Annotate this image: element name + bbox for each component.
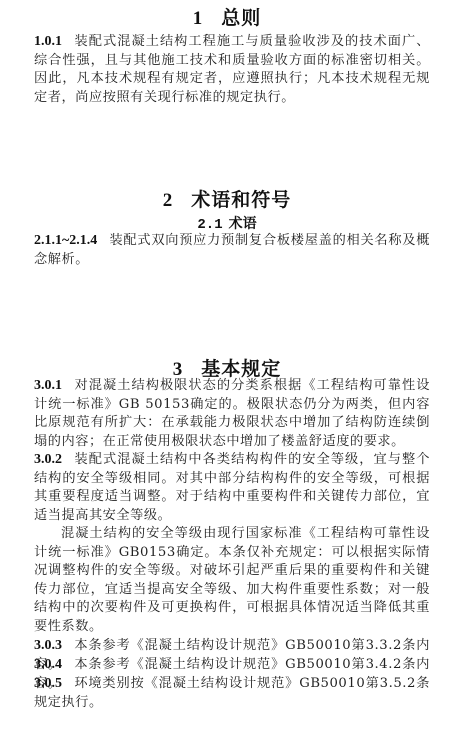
section-number: 2.1	[197, 217, 222, 233]
chapter-number: 2	[163, 190, 174, 211]
clause-paragraph: 3.0.2装配式混凝土结构中各类结构构件的安全等级，宜与整个结构的安全等级相同。…	[34, 451, 430, 525]
chapter-heading: 1总则	[0, 3, 454, 30]
section-heading: 2.1术语	[0, 213, 454, 233]
clause-number: 3.0.5	[34, 676, 62, 691]
section-title: 术语	[229, 216, 257, 232]
clause-paragraph: 3.0.1对混凝土结构极限状态的分类系根据《工程结构可靠性设计统一标准》GB 5…	[34, 377, 430, 451]
clause-number: 1.0.1	[34, 34, 62, 49]
clause-number: 3.0.1	[34, 378, 62, 393]
clause-number: 3.0.3	[34, 638, 62, 653]
clause-number: 3.0.4	[34, 657, 62, 672]
clause-text: 环境类别按《混凝土结构设计规范》GB50010第3.5.2条规定执行。	[34, 676, 430, 710]
clause-paragraph: 3.0.5环境类别按《混凝土结构设计规范》GB50010第3.5.2条规定执行。	[34, 675, 430, 712]
explanation-text: 混凝土结构的安全等级由现行国家标准《工程结构可靠性设计统一标准》GB0153确定…	[34, 526, 430, 634]
clause-paragraph: 2.1.1~2.1.4装配式双向预应力预制复合板楼屋盖的相关名称及概念解析。	[34, 232, 430, 269]
clause-number: 3.0.2	[34, 452, 62, 467]
clause-text: 对混凝土结构极限状态的分类系根据《工程结构可靠性设计统一标准》GB 50153确…	[34, 378, 430, 449]
clause-text: 装配式混凝土结构工程施工与质量验收涉及的技术面广、综合性强，且与其他施工技术和质…	[34, 34, 430, 105]
clause-number: 2.1.1~2.1.4	[34, 233, 97, 248]
chapter-number: 1	[193, 8, 204, 29]
chapter-title: 术语和符号	[191, 189, 291, 211]
clause-paragraph: 1.0.1装配式混凝土结构工程施工与质量验收涉及的技术面广、综合性强，且与其他施…	[34, 33, 430, 107]
clause-text: 装配式混凝土结构中各类结构构件的安全等级，宜与整个结构的安全等级相同。对其中部分…	[34, 452, 430, 523]
explanation-paragraph: 混凝土结构的安全等级由现行国家标准《工程结构可靠性设计统一标准》GB0153确定…	[34, 525, 430, 637]
chapter-heading: 2术语和符号	[0, 185, 454, 212]
chapter-title: 总则	[221, 7, 261, 29]
